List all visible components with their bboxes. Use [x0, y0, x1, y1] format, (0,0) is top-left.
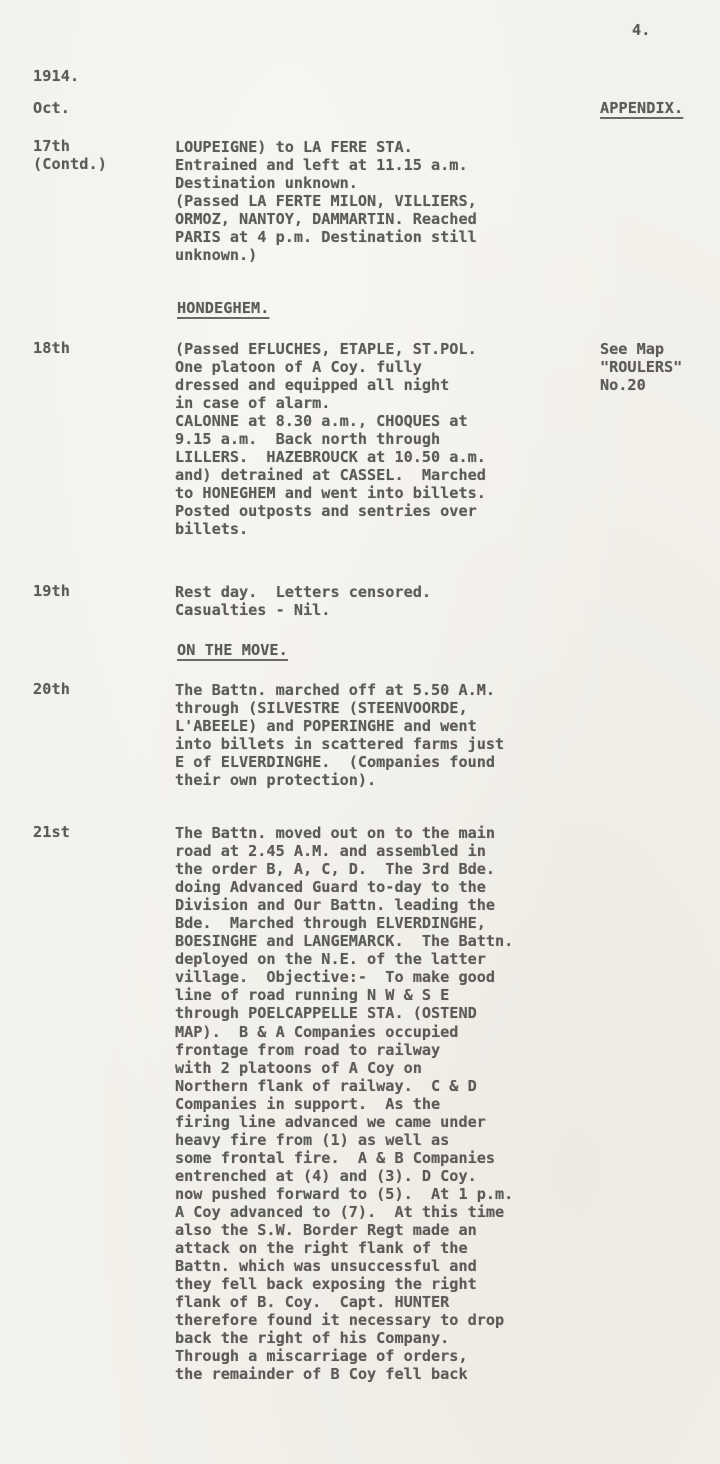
entry-line: billets. — [175, 520, 486, 538]
entry-line: the remainder of B Coy fell back — [175, 1365, 513, 1383]
entry-line: Companies in support. As the — [175, 1095, 513, 1113]
entry-line: they fell back exposing the right — [175, 1275, 513, 1293]
year-label: 1914. — [33, 68, 79, 86]
entry-line: back the right of his Company. — [175, 1329, 513, 1347]
entry-line: (Passed EFLUCHES, ETAPLE, ST.POL. — [175, 340, 486, 358]
entry-line: Entrained and left at 11.15 a.m. — [175, 156, 477, 174]
entry-line: Northern flank of railway. C & D — [175, 1077, 513, 1095]
entry-line: Through a miscarriage of orders, — [175, 1347, 513, 1365]
entry-line: LOUPEIGNE) to LA FERE STA. — [175, 138, 477, 156]
entry-date-20th: 20th — [33, 681, 70, 699]
entry-line: L'ABEELE) and POPERINGHE and went — [175, 717, 504, 735]
entry-line: Casualties - Nil. — [175, 601, 431, 619]
section-heading-on-the-move: ON THE MOVE. — [177, 642, 288, 660]
typewritten-page: 4. 1914. Oct. APPENDIX. 17th (Contd.) LO… — [0, 0, 720, 1464]
entry-line: frontage from road to railway — [175, 1041, 513, 1059]
entry-line: Posted outposts and sentries over — [175, 502, 486, 520]
entry-line: attack on the right flank of the — [175, 1239, 513, 1257]
entry-line: through POELCAPPELLE STA. (OSTEND — [175, 1004, 513, 1022]
entry-line: The Battn. moved out on to the main — [175, 824, 513, 842]
entry-line: Destination unknown. — [175, 174, 477, 192]
entry-line: flank of B. Coy. Capt. HUNTER — [175, 1293, 513, 1311]
entry-line: now pushed forward to (5). At 1 p.m. — [175, 1185, 513, 1203]
entry-line: into billets in scattered farms just — [175, 735, 504, 753]
entry-line: The Battn. marched off at 5.50 A.M. — [175, 681, 504, 699]
margin-note-line: See Map — [600, 340, 682, 358]
entry-body-21st: The Battn. moved out on to the main road… — [175, 824, 513, 1383]
entry-line: some frontal fire. A & B Companies — [175, 1149, 513, 1167]
entry-line: Rest day. Letters censored. — [175, 583, 431, 601]
entry-line: heavy fire from (1) as well as — [175, 1131, 513, 1149]
entry-line: firing line advanced we came under — [175, 1113, 513, 1131]
entry-line: deployed on the N.E. of the latter — [175, 950, 513, 968]
entry-body-19th: Rest day. Letters censored. Casualties -… — [175, 583, 431, 619]
entry-line: therefore found it necessary to drop — [175, 1311, 513, 1329]
page-number: 4. — [632, 22, 651, 40]
entry-line: Bde. Marched through ELVERDINGHE, — [175, 914, 513, 932]
appendix-heading: APPENDIX. — [600, 100, 683, 118]
entry-line: MAP). B & A Companies occupied — [175, 1023, 513, 1041]
entry-line: Battn. which was unsuccessful and — [175, 1257, 513, 1275]
entry-line: also the S.W. Border Regt made an — [175, 1221, 513, 1239]
entry-line: in case of alarm. — [175, 394, 486, 412]
entry-line: PARIS at 4 p.m. Destination still — [175, 228, 477, 246]
entry-line: E of ELVERDINGHE. (Companies found — [175, 753, 504, 771]
entry-line: entrenched at (4) and (3). D Coy. — [175, 1167, 513, 1185]
entry-line: A Coy advanced to (7). At this time — [175, 1203, 513, 1221]
entry-line: unknown.) — [175, 246, 477, 264]
entry-date-17th: 17th — [33, 138, 70, 156]
entry-body-20th: The Battn. marched off at 5.50 A.M. thro… — [175, 681, 504, 789]
entry-line: LILLERS. HAZEBROUCK at 10.50 a.m. — [175, 448, 486, 466]
section-heading-hondeghem: HONDEGHEM. — [177, 300, 269, 318]
entry-line: dressed and equipped all night — [175, 376, 486, 394]
entry-line: Division and Our Battn. leading the — [175, 896, 513, 914]
entry-line: the order B, A, C, D. The 3rd Bde. — [175, 860, 513, 878]
margin-note-map-reference: See Map "ROULERS" No.20 — [600, 340, 682, 394]
margin-note-line: "ROULERS" — [600, 358, 682, 376]
entry-body-17th: LOUPEIGNE) to LA FERE STA. Entrained and… — [175, 138, 477, 264]
entry-date-21st: 21st — [33, 824, 70, 842]
entry-line: village. Objective:- To make good — [175, 968, 513, 986]
entry-line: (Passed LA FERTE MILON, VILLIERS, — [175, 192, 477, 210]
entry-line: through (SILVESTRE (STEENVOORDE, — [175, 699, 504, 717]
entry-line: line of road running N W & S E — [175, 986, 513, 1004]
entry-line: doing Advanced Guard to-day to the — [175, 878, 513, 896]
month-label: Oct. — [33, 100, 70, 118]
entry-line: to HONEGHEM and went into billets. — [175, 484, 486, 502]
entry-line: BOESINGHE and LANGEMARCK. The Battn. — [175, 932, 513, 950]
entry-body-18th: (Passed EFLUCHES, ETAPLE, ST.POL. One pl… — [175, 340, 486, 539]
entry-line: 9.15 a.m. Back north through — [175, 430, 486, 448]
entry-line: with 2 platoons of A Coy on — [175, 1059, 513, 1077]
entry-line: road at 2.45 A.M. and assembled in — [175, 842, 513, 860]
entry-date-19th: 19th — [33, 583, 70, 601]
margin-note-line: No.20 — [600, 376, 682, 394]
entry-date-18th: 18th — [33, 340, 70, 358]
entry-line: One platoon of A Coy. fully — [175, 358, 486, 376]
entry-line: ORMOZ, NANTOY, DAMMARTIN. Reached — [175, 210, 477, 228]
entry-line: and) detrained at CASSEL. Marched — [175, 466, 486, 484]
entry-line: their own protection). — [175, 771, 504, 789]
entry-date-note-17th: (Contd.) — [33, 156, 107, 174]
entry-line: CALONNE at 8.30 a.m., CHOQUES at — [175, 412, 486, 430]
